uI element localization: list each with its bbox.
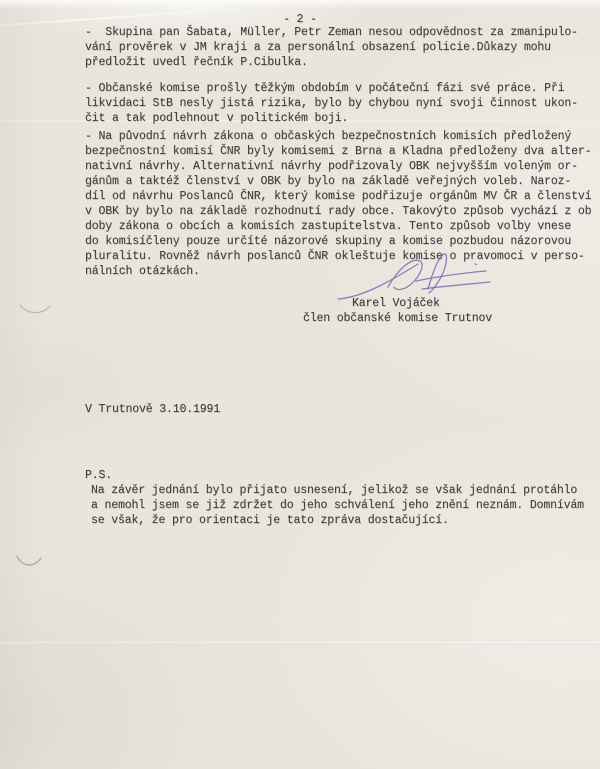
signatory-name: Karel Vojáček [352, 296, 440, 311]
scanned-document-page: - 2 - - Skupina pan Šabata, Müller, Petr… [0, 0, 600, 769]
paragraph-civic-commissions: - Občanské komise prošly těžkým obdobím … [85, 81, 578, 126]
pencil-arc-icon [18, 302, 52, 316]
postscript-text: Na závěr jednání bylo přijato usnesení, … [91, 483, 584, 528]
paper-fold-crease [0, 642, 600, 645]
pencil-arc-icon [14, 551, 44, 569]
paragraph-sabata-group: - Skupina pan Šabata, Müller, Petr Zeman… [85, 25, 578, 70]
postscript-label: P.S. [85, 468, 112, 483]
signature-scrawl-icon [332, 247, 497, 303]
place-date-line: V Trutnově 3.10.1991 [85, 402, 220, 417]
signatory-role: člen občanské komise Trutnov [303, 311, 492, 326]
